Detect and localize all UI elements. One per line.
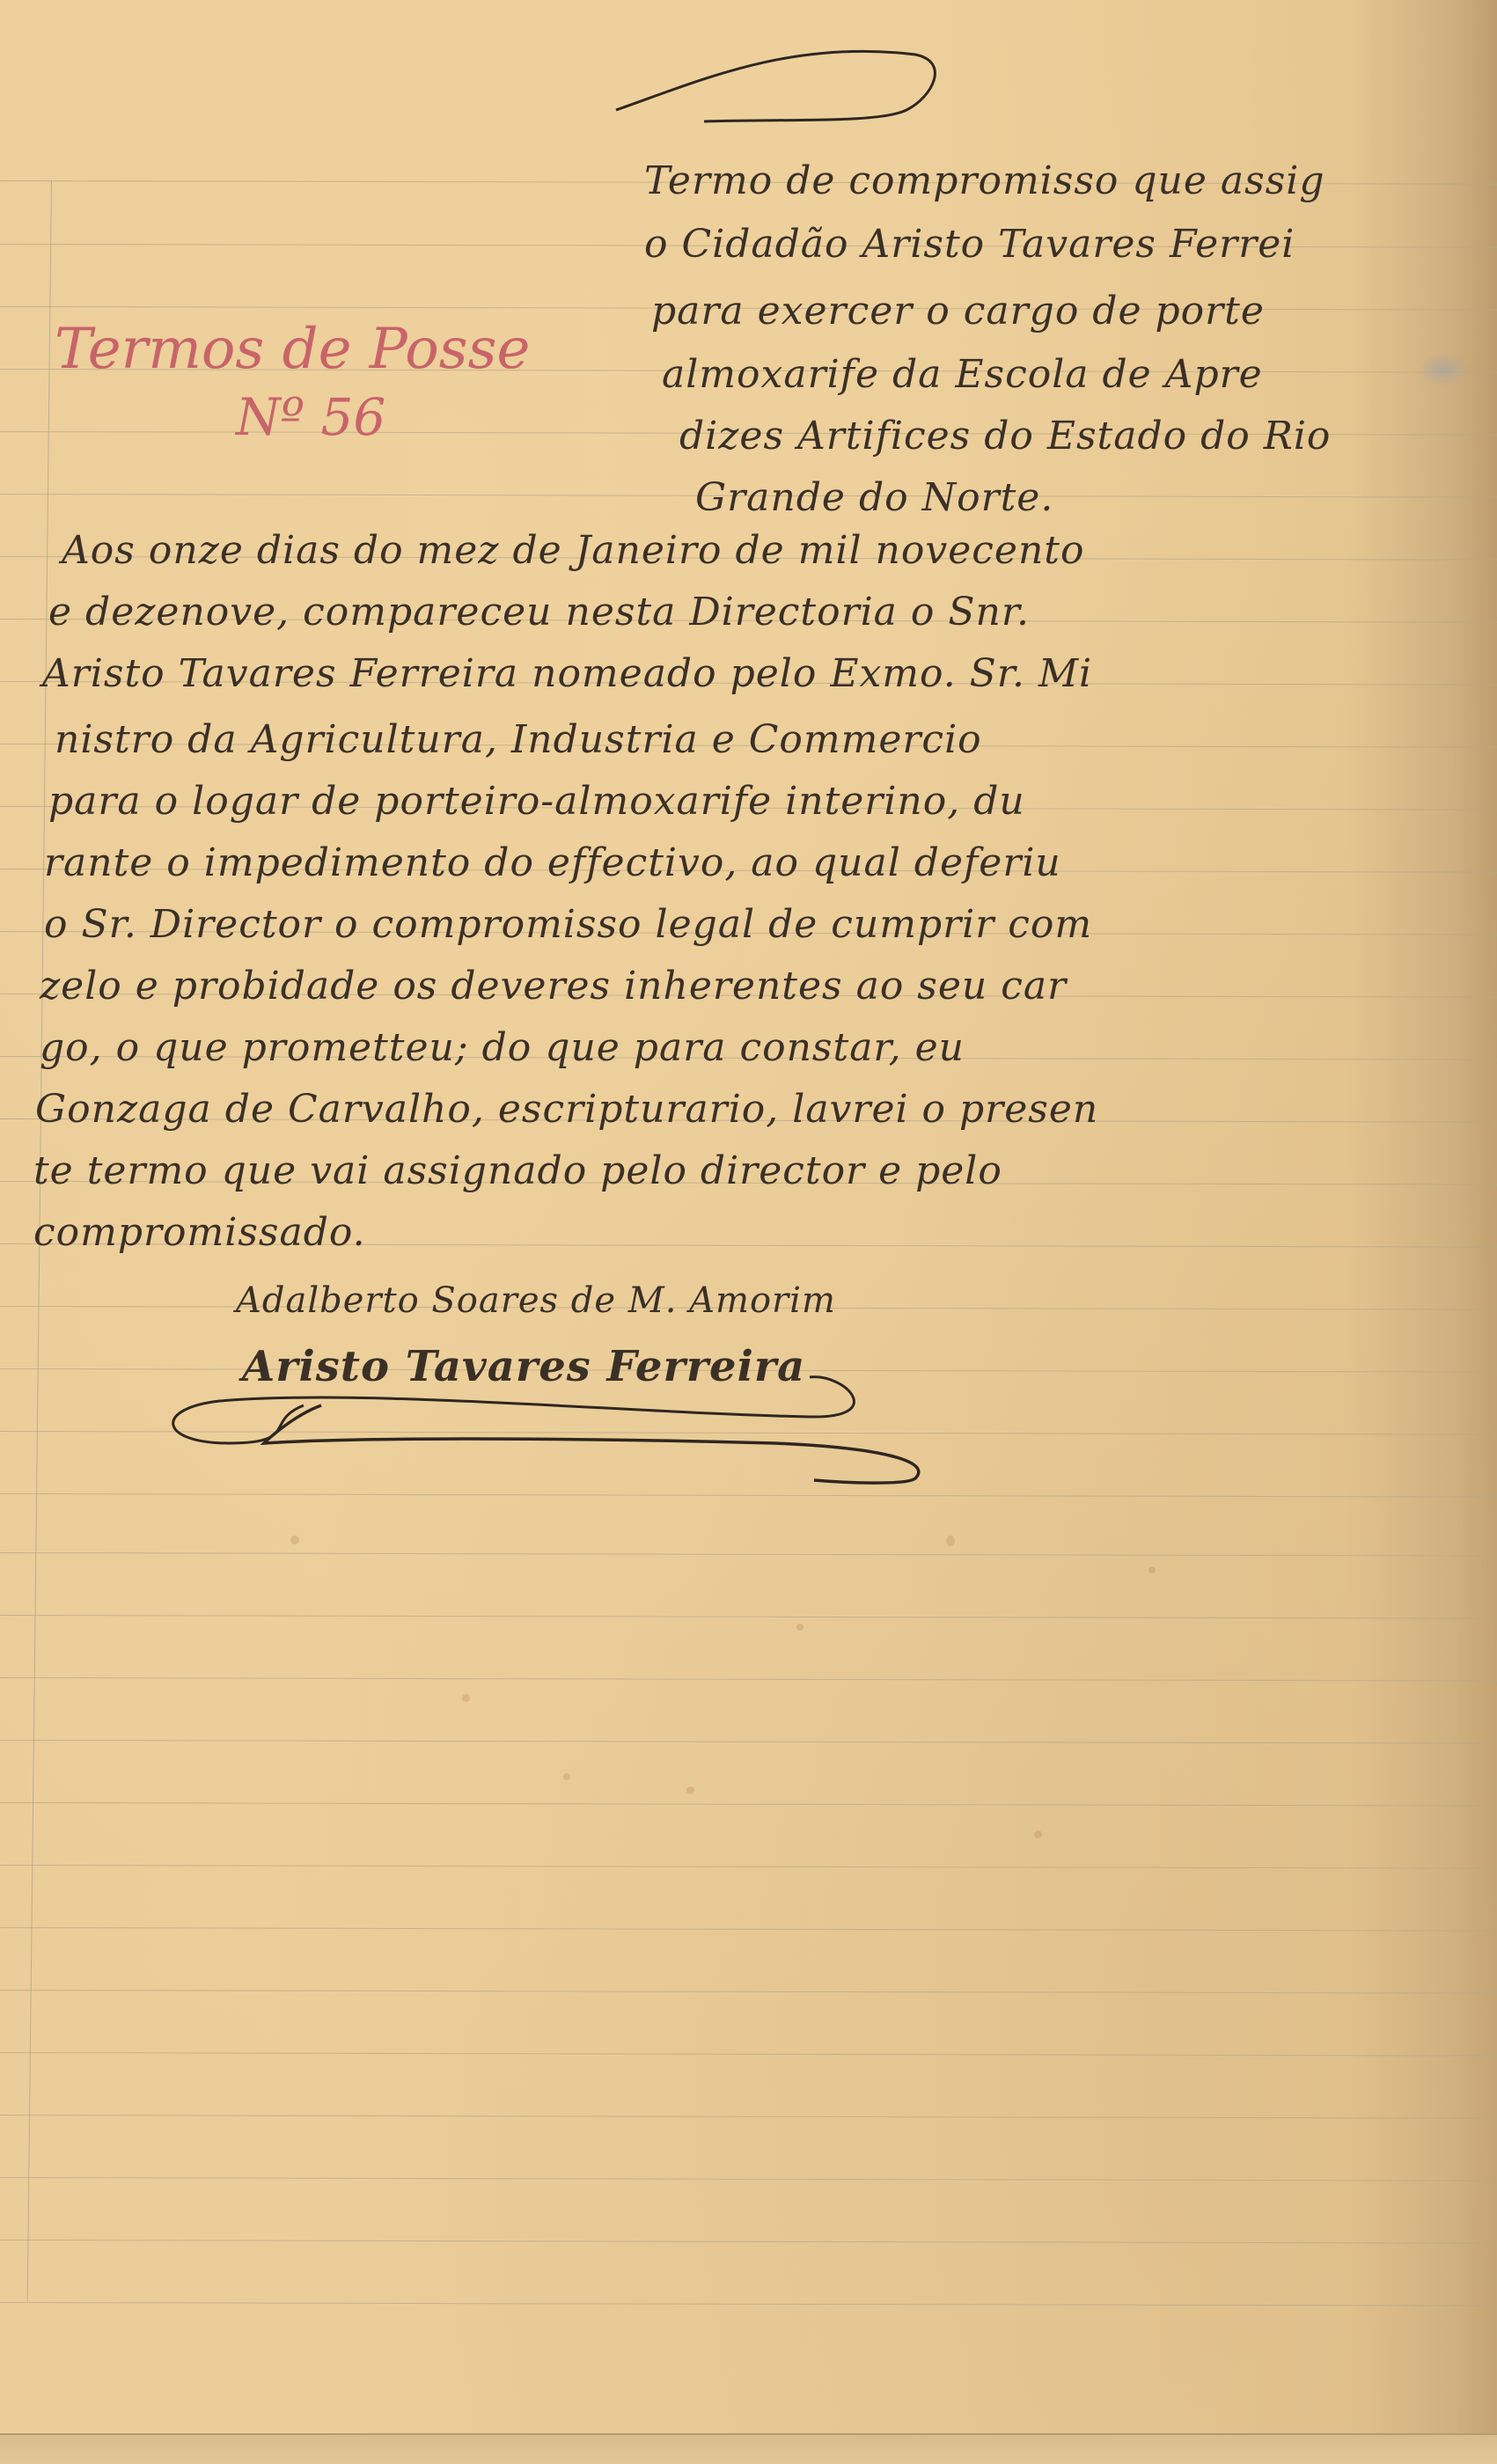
ruled-line [0, 2115, 1497, 2119]
paper-stain [796, 1624, 804, 1631]
ruled-line [0, 1677, 1497, 1682]
ruled-line [0, 2052, 1497, 2057]
document-page: Termos de Posse Nº 56 Termo de compromis… [0, 0, 1497, 2442]
paper-stain [563, 1773, 570, 1780]
paper-stain [1148, 1566, 1156, 1573]
paper-stain [290, 1536, 299, 1544]
paper-stain [1034, 1830, 1042, 1838]
paper-stain [686, 1786, 694, 1794]
ruled-line [0, 1740, 1497, 1744]
ruled-line [0, 2240, 1497, 2244]
page-edge [0, 2433, 1497, 2464]
ruled-line [0, 2177, 1497, 2182]
ruled-line [0, 2302, 1497, 2306]
ruled-line [0, 1802, 1497, 1807]
ruled-line [0, 1865, 1497, 1869]
ruled-line [0, 1927, 1497, 1932]
paper-stain [462, 1694, 470, 1702]
ruled-line [0, 1990, 1497, 1994]
ruled-line [0, 1615, 1497, 1619]
paper-stain [946, 1536, 955, 1546]
ruled-line [0, 1552, 1497, 1557]
